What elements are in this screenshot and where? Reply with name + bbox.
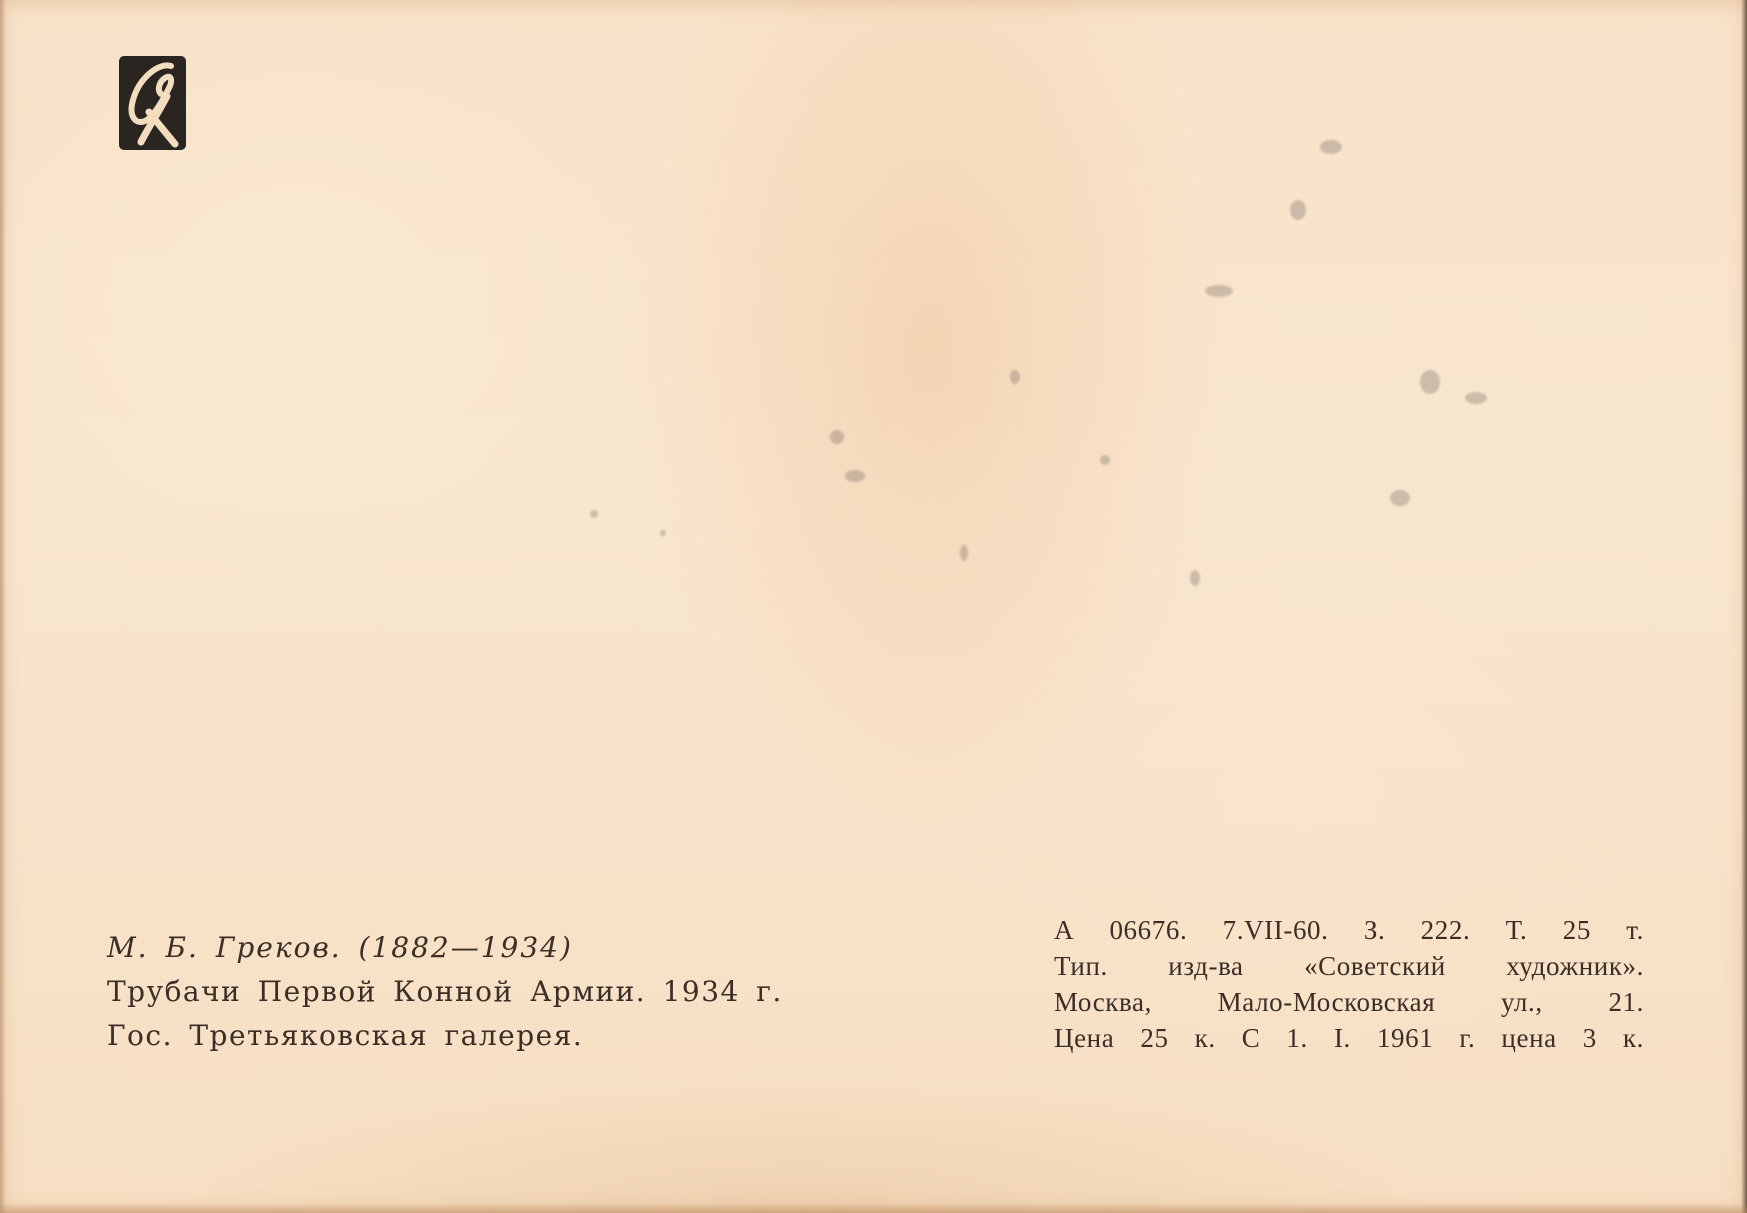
imprint-line-address: Москва, Мало-Московская ул., 21. [1054,984,1644,1020]
paper-speckle [1100,455,1110,465]
paper-speckle [1465,392,1487,404]
card-edge-bottom [0,1203,1747,1213]
paper-speckle [960,545,968,561]
postcard-back: М. Б. Греков. (1882—1934) Трубачи Первой… [0,0,1747,1213]
publisher-imprint: А 06676. 7.VII-60. З. 222. Т. 25 т. Тип.… [1054,912,1644,1056]
artwork-title-line: Трубачи Первой Конной Армии. 1934 г. [107,970,783,1014]
publisher-logo [119,56,186,150]
imprint-line-price: Цена 25 к. С 1. I. 1961 г. цена 3 к. [1054,1020,1644,1056]
artist-line: М. Б. Греков. (1882—1934) [107,926,783,970]
card-edge-left [0,0,6,1213]
artwork-caption: М. Б. Греков. (1882—1934) Трубачи Первой… [107,926,783,1058]
paper-speckle [1205,285,1233,297]
paper-speckle [1010,370,1020,384]
paper-speckle [590,510,598,518]
paper-speckle [1320,140,1342,154]
paper-speckle [660,530,666,536]
paper-speckle [830,430,844,444]
paper-speckle [1290,200,1306,220]
paper-speckle [1420,370,1440,394]
imprint-line-order: А 06676. 7.VII-60. З. 222. Т. 25 т. [1054,912,1644,948]
paper-speckle [845,470,865,482]
collection-line: Гос. Третьяковская галерея. [107,1014,783,1058]
sovetsky-khudozhnik-monogram-icon [119,56,186,150]
paper-speckle [1190,570,1200,586]
imprint-line-printer: Тип. изд-ва «Советский художник». [1054,948,1644,984]
paper-speckle [1390,490,1410,506]
card-edge-right [1741,0,1747,1213]
